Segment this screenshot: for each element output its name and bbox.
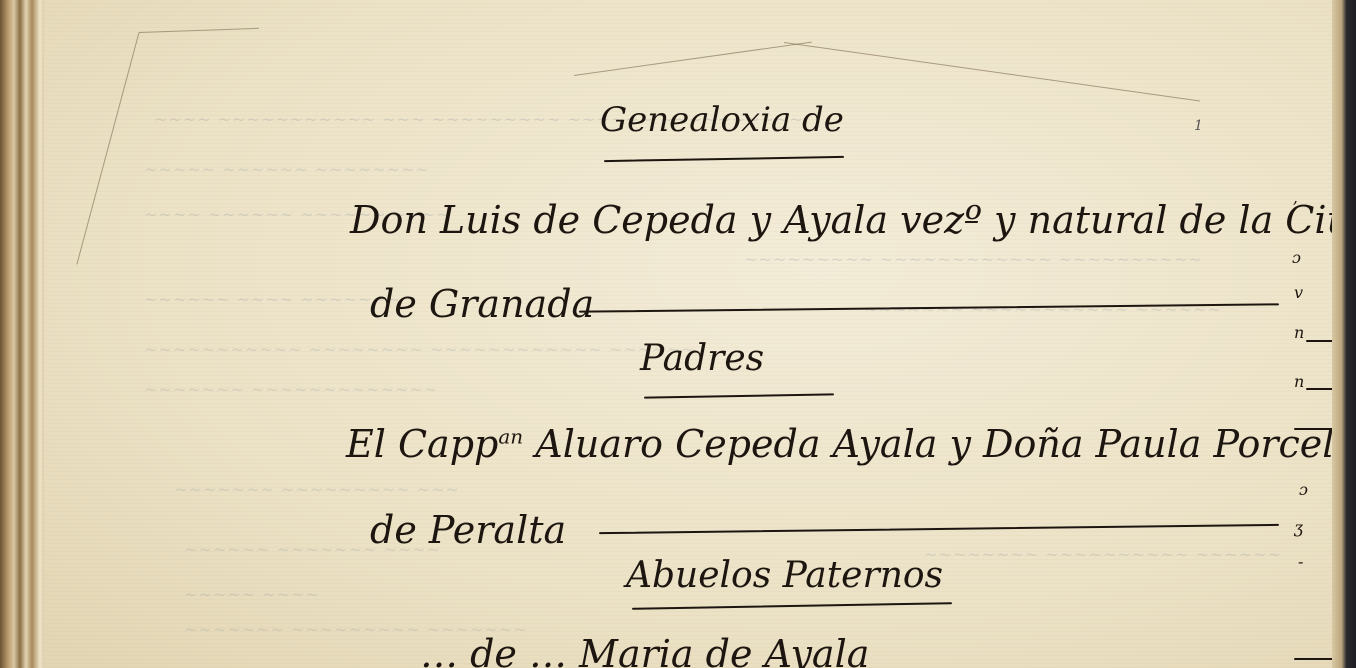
subject-line-2: de Granada: [370, 282, 594, 326]
document-title: Genealoxia de: [600, 100, 844, 140]
bleed-through-text: ~~~~~~~ ~~~~~~~~~~~ ~~~~~~: [864, 300, 1222, 319]
parents-title-abbrev: El Capp: [346, 422, 498, 466]
margin-mark: ʼ: [1292, 198, 1297, 217]
heading-underline: [644, 393, 834, 398]
parents-line-2: de Peralta: [370, 508, 566, 552]
subject-line-1: Don Luis de Cepeda y Ayala vezº y natura…: [350, 198, 1356, 242]
bleed-through-text: ~~~~~~~ ~~~~~~~~~ ~~~: [174, 480, 460, 499]
paper-fold-line: [139, 28, 259, 33]
paper-fold-line: [574, 42, 812, 76]
bleed-through-text: ~~~~~ ~~~~~~ ~~~~~~~~: [144, 160, 430, 179]
bleed-through-text: ~~~~~~~~~ ~~~~~~~~~~~~ ~~~~~~~~~~: [744, 250, 1203, 269]
parents-line-1: El Cappan Aluaro Cepeda Ayala y Doña Pau…: [346, 422, 1334, 466]
bleed-through-text: ~~~~~~~ ~~~~~~~~~~~~~: [144, 380, 438, 399]
line-filler-rule: [599, 524, 1279, 534]
bleed-through-text: ~~~~~ ~~~~: [184, 585, 320, 604]
paper-fold-line: [76, 32, 139, 264]
page-edge: [1332, 0, 1356, 668]
bleed-through-text: ~~~~~~ ~~~~ ~~~~~~~: [144, 290, 401, 309]
title-underline: [604, 156, 844, 162]
margin-mark: v: [1294, 283, 1303, 302]
margin-dash: [1294, 428, 1334, 430]
heading-underline: [632, 602, 952, 610]
margin-mark: n: [1294, 323, 1304, 342]
manuscript-page: ~~~~ ~~~~~~~~~~~ ~~~ ~~~~~~~~~ ~~~~~~ ~~…: [44, 0, 1336, 668]
heading-paternal-grandparents: Abuelos Paternos: [626, 555, 943, 596]
margin-mark: ʒ: [1294, 518, 1303, 537]
margin-mark: ɔ: [1299, 480, 1308, 499]
margin-mark: ɔ: [1292, 248, 1301, 267]
paper-fold-line: [784, 42, 1200, 101]
heading-parents: Padres: [640, 338, 764, 379]
folio-number: 1: [1194, 118, 1203, 134]
parents-names: Aluaro Cepeda Ayala y Doña Paula Porcel: [535, 422, 1334, 466]
margin-mark: -: [1298, 552, 1303, 571]
bleed-through-text: ~~~~~~~~~~~ ~~~~~~~~ ~~~~~~~~~~~~ ~~~~~~: [144, 340, 695, 359]
bleed-through-text: ~~~~~~~~ ~~~~~~~~~~ ~~~~~~: [924, 545, 1282, 564]
margin-mark: n: [1294, 372, 1304, 391]
margin-dash: [1294, 658, 1334, 660]
grandparents-line-1: … de … Maria de Ayala: [420, 632, 869, 668]
superscript-abbrev: an: [498, 424, 523, 448]
